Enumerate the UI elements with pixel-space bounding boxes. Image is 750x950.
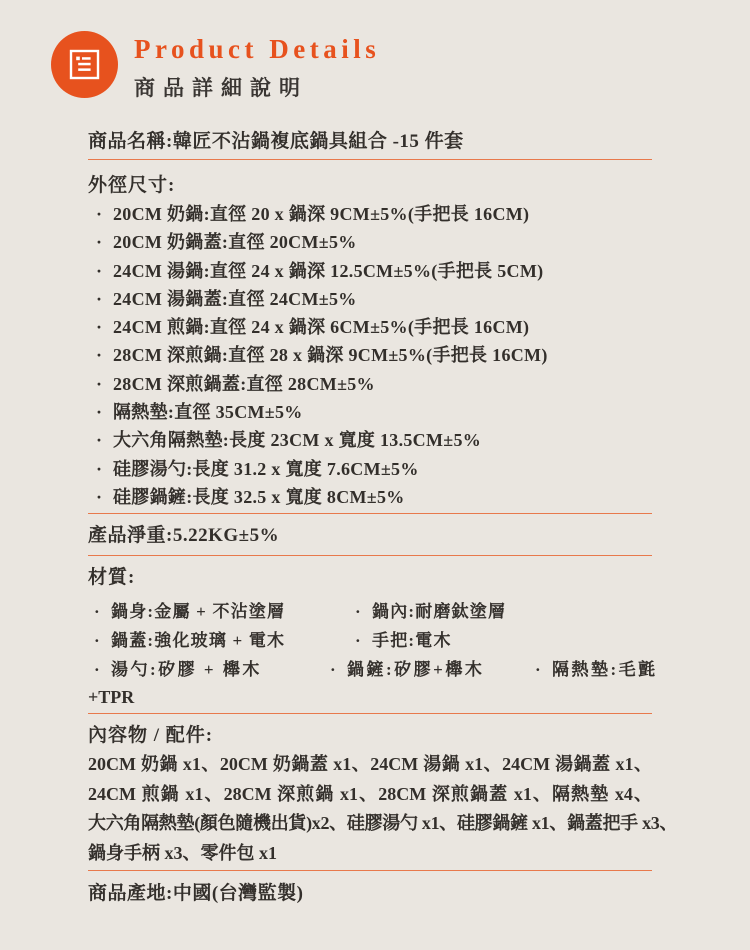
list-item: ·24CM 湯鍋:直徑 24 x 鍋深 12.5CM±5%(手把長 5CM) — [88, 257, 652, 285]
list-item: ·20CM 奶鍋:直徑 20 x 鍋深 9CM±5%(手把長 16CM) — [88, 200, 652, 228]
list-item: ·24CM 煎鍋:直徑 24 x 鍋深 6CM±5%(手把長 16CM) — [88, 313, 652, 341]
material-item: ·鍋身:金屬 + 不沾塗層 — [94, 597, 285, 622]
material-item-text: 鍋蓋:強化玻璃 + 電木 — [111, 631, 285, 650]
dimension-item-text: 大六角隔熱墊:長度 23CM x 寬度 13.5CM±5% — [113, 430, 481, 450]
bullet-icon: · — [96, 313, 102, 341]
material-item: ·鍋蓋:強化玻璃 + 電木 — [94, 626, 285, 651]
bullet-icon: · — [96, 398, 102, 426]
bullet-icon: · — [94, 602, 111, 622]
material-item: ·鍋鏟:矽膠+櫸木 — [330, 655, 484, 680]
contents-section: 內容物 / 配件: 20CM 奶鍋 x1、20CM 奶鍋蓋 x1、24CM 湯鍋… — [88, 714, 652, 871]
origin-row: 商品產地:中國(台灣監製) — [88, 871, 652, 908]
bullet-icon: · — [96, 483, 102, 511]
dimension-item-text: 24CM 湯鍋蓋:直徑 24CM±5% — [113, 289, 357, 309]
contents-line: 20CM 奶鍋 x1、20CM 奶鍋蓋 x1、24CM 湯鍋 x1、24CM 湯… — [88, 750, 652, 780]
product-details-page: Product Details 商品詳細說明 商品名稱:韓匠不沾鍋複底鍋具組合 … — [0, 0, 750, 950]
list-item: ·28CM 深煎鍋:直徑 28 x 鍋深 9CM±5%(手把長 16CM) — [88, 341, 652, 369]
dimension-item-text: 28CM 深煎鍋:直徑 28 x 鍋深 9CM±5%(手把長 16CM) — [113, 345, 548, 365]
list-item: ·24CM 湯鍋蓋:直徑 24CM±5% — [88, 285, 652, 313]
product-spec-panel: 商品名稱:韓匠不沾鍋複底鍋具組合 -15 件套 外徑尺寸: ·20CM 奶鍋:直… — [88, 129, 652, 908]
materials-heading: 材質: — [88, 556, 652, 592]
product-name-value: 韓匠不沾鍋複底鍋具組合 -15 件套 — [173, 131, 464, 152]
bullet-icon: · — [96, 341, 102, 369]
materials-row: ·鍋蓋:強化玻璃 + 電木 ·手把:電木 — [88, 626, 652, 655]
dimension-item-text: 24CM 煎鍋:直徑 24 x 鍋深 6CM±5%(手把長 16CM) — [113, 317, 529, 337]
dimensions-section: 外徑尺寸: ·20CM 奶鍋:直徑 20 x 鍋深 9CM±5%(手把長 16C… — [88, 160, 652, 514]
dimension-item-text: 硅膠鍋鏟:長度 32.5 x 寬度 8CM±5% — [113, 487, 405, 507]
material-item-text: 鍋內:耐磨鈦塗層 — [372, 602, 506, 621]
materials-rows: ·鍋身:金屬 + 不沾塗層 ·鍋內:耐磨鈦塗層 ·鍋蓋:強化玻璃 + 電木 ·手… — [88, 592, 652, 684]
net-weight-label: 產品淨重: — [88, 525, 173, 546]
bullet-icon: · — [96, 257, 102, 285]
dimension-item-text: 24CM 湯鍋:直徑 24 x 鍋深 12.5CM±5%(手把長 5CM) — [113, 261, 543, 281]
materials-row: ·鍋身:金屬 + 不沾塗層 ·鍋內:耐磨鈦塗層 — [88, 597, 652, 626]
bullet-icon: · — [96, 200, 102, 228]
materials-section: 材質: ·鍋身:金屬 + 不沾塗層 ·鍋內:耐磨鈦塗層 ·鍋蓋:強化玻璃 + 電… — [88, 556, 652, 714]
product-name-row: 商品名稱:韓匠不沾鍋複底鍋具組合 -15 件套 — [88, 129, 652, 160]
dimension-item-text: 硅膠湯勺:長度 31.2 x 寬度 7.6CM±5% — [113, 459, 419, 479]
list-item: ·硅膠鍋鏟:長度 32.5 x 寬度 8CM±5% — [88, 483, 652, 511]
bullet-icon: · — [96, 285, 102, 313]
bullet-icon: · — [96, 426, 102, 454]
materials-wrap-tail: +TPR — [88, 684, 652, 714]
contents-line: 鍋身手柄 x3、零件包 x1 — [88, 839, 652, 869]
dimension-item-text: 20CM 奶鍋:直徑 20 x 鍋深 9CM±5%(手把長 16CM) — [113, 204, 529, 224]
contents-line: 24CM 煎鍋 x1、28CM 深煎鍋 x1、28CM 深煎鍋蓋 x1、隔熱墊 … — [88, 780, 652, 810]
material-item-text: 鍋身:金屬 + 不沾塗層 — [111, 602, 285, 621]
list-item: ·28CM 深煎鍋蓋:直徑 28CM±5% — [88, 370, 652, 398]
material-item: ·手把:電木 — [355, 626, 452, 651]
dimension-item-text: 20CM 奶鍋蓋:直徑 20CM±5% — [113, 232, 357, 252]
page-title-en: Product Details — [134, 34, 380, 65]
bullet-icon: · — [355, 602, 372, 622]
net-weight-value: 5.22KG±5% — [173, 525, 279, 546]
net-weight-row: 產品淨重:5.22KG±5% — [88, 514, 652, 556]
material-item: ·鍋內:耐磨鈦塗層 — [355, 597, 506, 622]
product-name-label: 商品名稱: — [88, 131, 173, 152]
list-item: ·20CM 奶鍋蓋:直徑 20CM±5% — [88, 228, 652, 256]
bullet-icon: · — [94, 631, 111, 651]
page-title-zh: 商品詳細說明 — [134, 72, 380, 102]
contents-text: 20CM 奶鍋 x1、20CM 奶鍋蓋 x1、24CM 湯鍋 x1、24CM 湯… — [88, 750, 652, 871]
material-item: ·隔熱墊:毛氈 — [535, 655, 658, 680]
document-list-icon — [51, 31, 118, 98]
material-item-text: 隔熱墊:毛氈 — [552, 660, 658, 679]
list-item: ·大六角隔熱墊:長度 23CM x 寬度 13.5CM±5% — [88, 426, 652, 454]
document-list-icon-glyph — [67, 47, 103, 83]
origin-label: 商品產地: — [88, 883, 173, 904]
list-item: ·硅膠湯勺:長度 31.2 x 寬度 7.6CM±5% — [88, 455, 652, 483]
dimension-item-text: 隔熱墊:直徑 35CM±5% — [113, 402, 303, 422]
dimensions-heading: 外徑尺寸: — [88, 160, 652, 200]
dimensions-list: ·20CM 奶鍋:直徑 20 x 鍋深 9CM±5%(手把長 16CM) ·20… — [88, 200, 652, 514]
origin-value: 中國(台灣監製) — [173, 883, 304, 904]
page-header: Product Details 商品詳細說明 — [134, 34, 380, 102]
material-item-text: 鍋鏟:矽膠+櫸木 — [347, 660, 484, 679]
bullet-icon: · — [355, 631, 372, 651]
dimension-item-text: 28CM 深煎鍋蓋:直徑 28CM±5% — [113, 374, 375, 394]
bullet-icon: · — [96, 455, 102, 483]
bullet-icon: · — [96, 370, 102, 398]
material-item: ·湯勺:矽膠 + 櫸木 — [94, 655, 262, 680]
bullet-icon: · — [96, 228, 102, 256]
bullet-icon: · — [535, 660, 552, 680]
materials-row: ·湯勺:矽膠 + 櫸木 ·鍋鏟:矽膠+櫸木 ·隔熱墊:毛氈 — [88, 655, 652, 684]
material-item-text: 手把:電木 — [372, 631, 452, 650]
bullet-icon: · — [330, 660, 347, 680]
bullet-icon: · — [94, 660, 111, 680]
contents-heading: 內容物 / 配件: — [88, 714, 652, 750]
contents-line: 大六角隔熱墊(顏色隨機出貨)x2、硅膠湯勺 x1、硅膠鍋鏟 x1、鍋蓋把手 x3… — [88, 809, 652, 839]
list-item: ·隔熱墊:直徑 35CM±5% — [88, 398, 652, 426]
material-item-text: 湯勺:矽膠 + 櫸木 — [111, 660, 262, 679]
